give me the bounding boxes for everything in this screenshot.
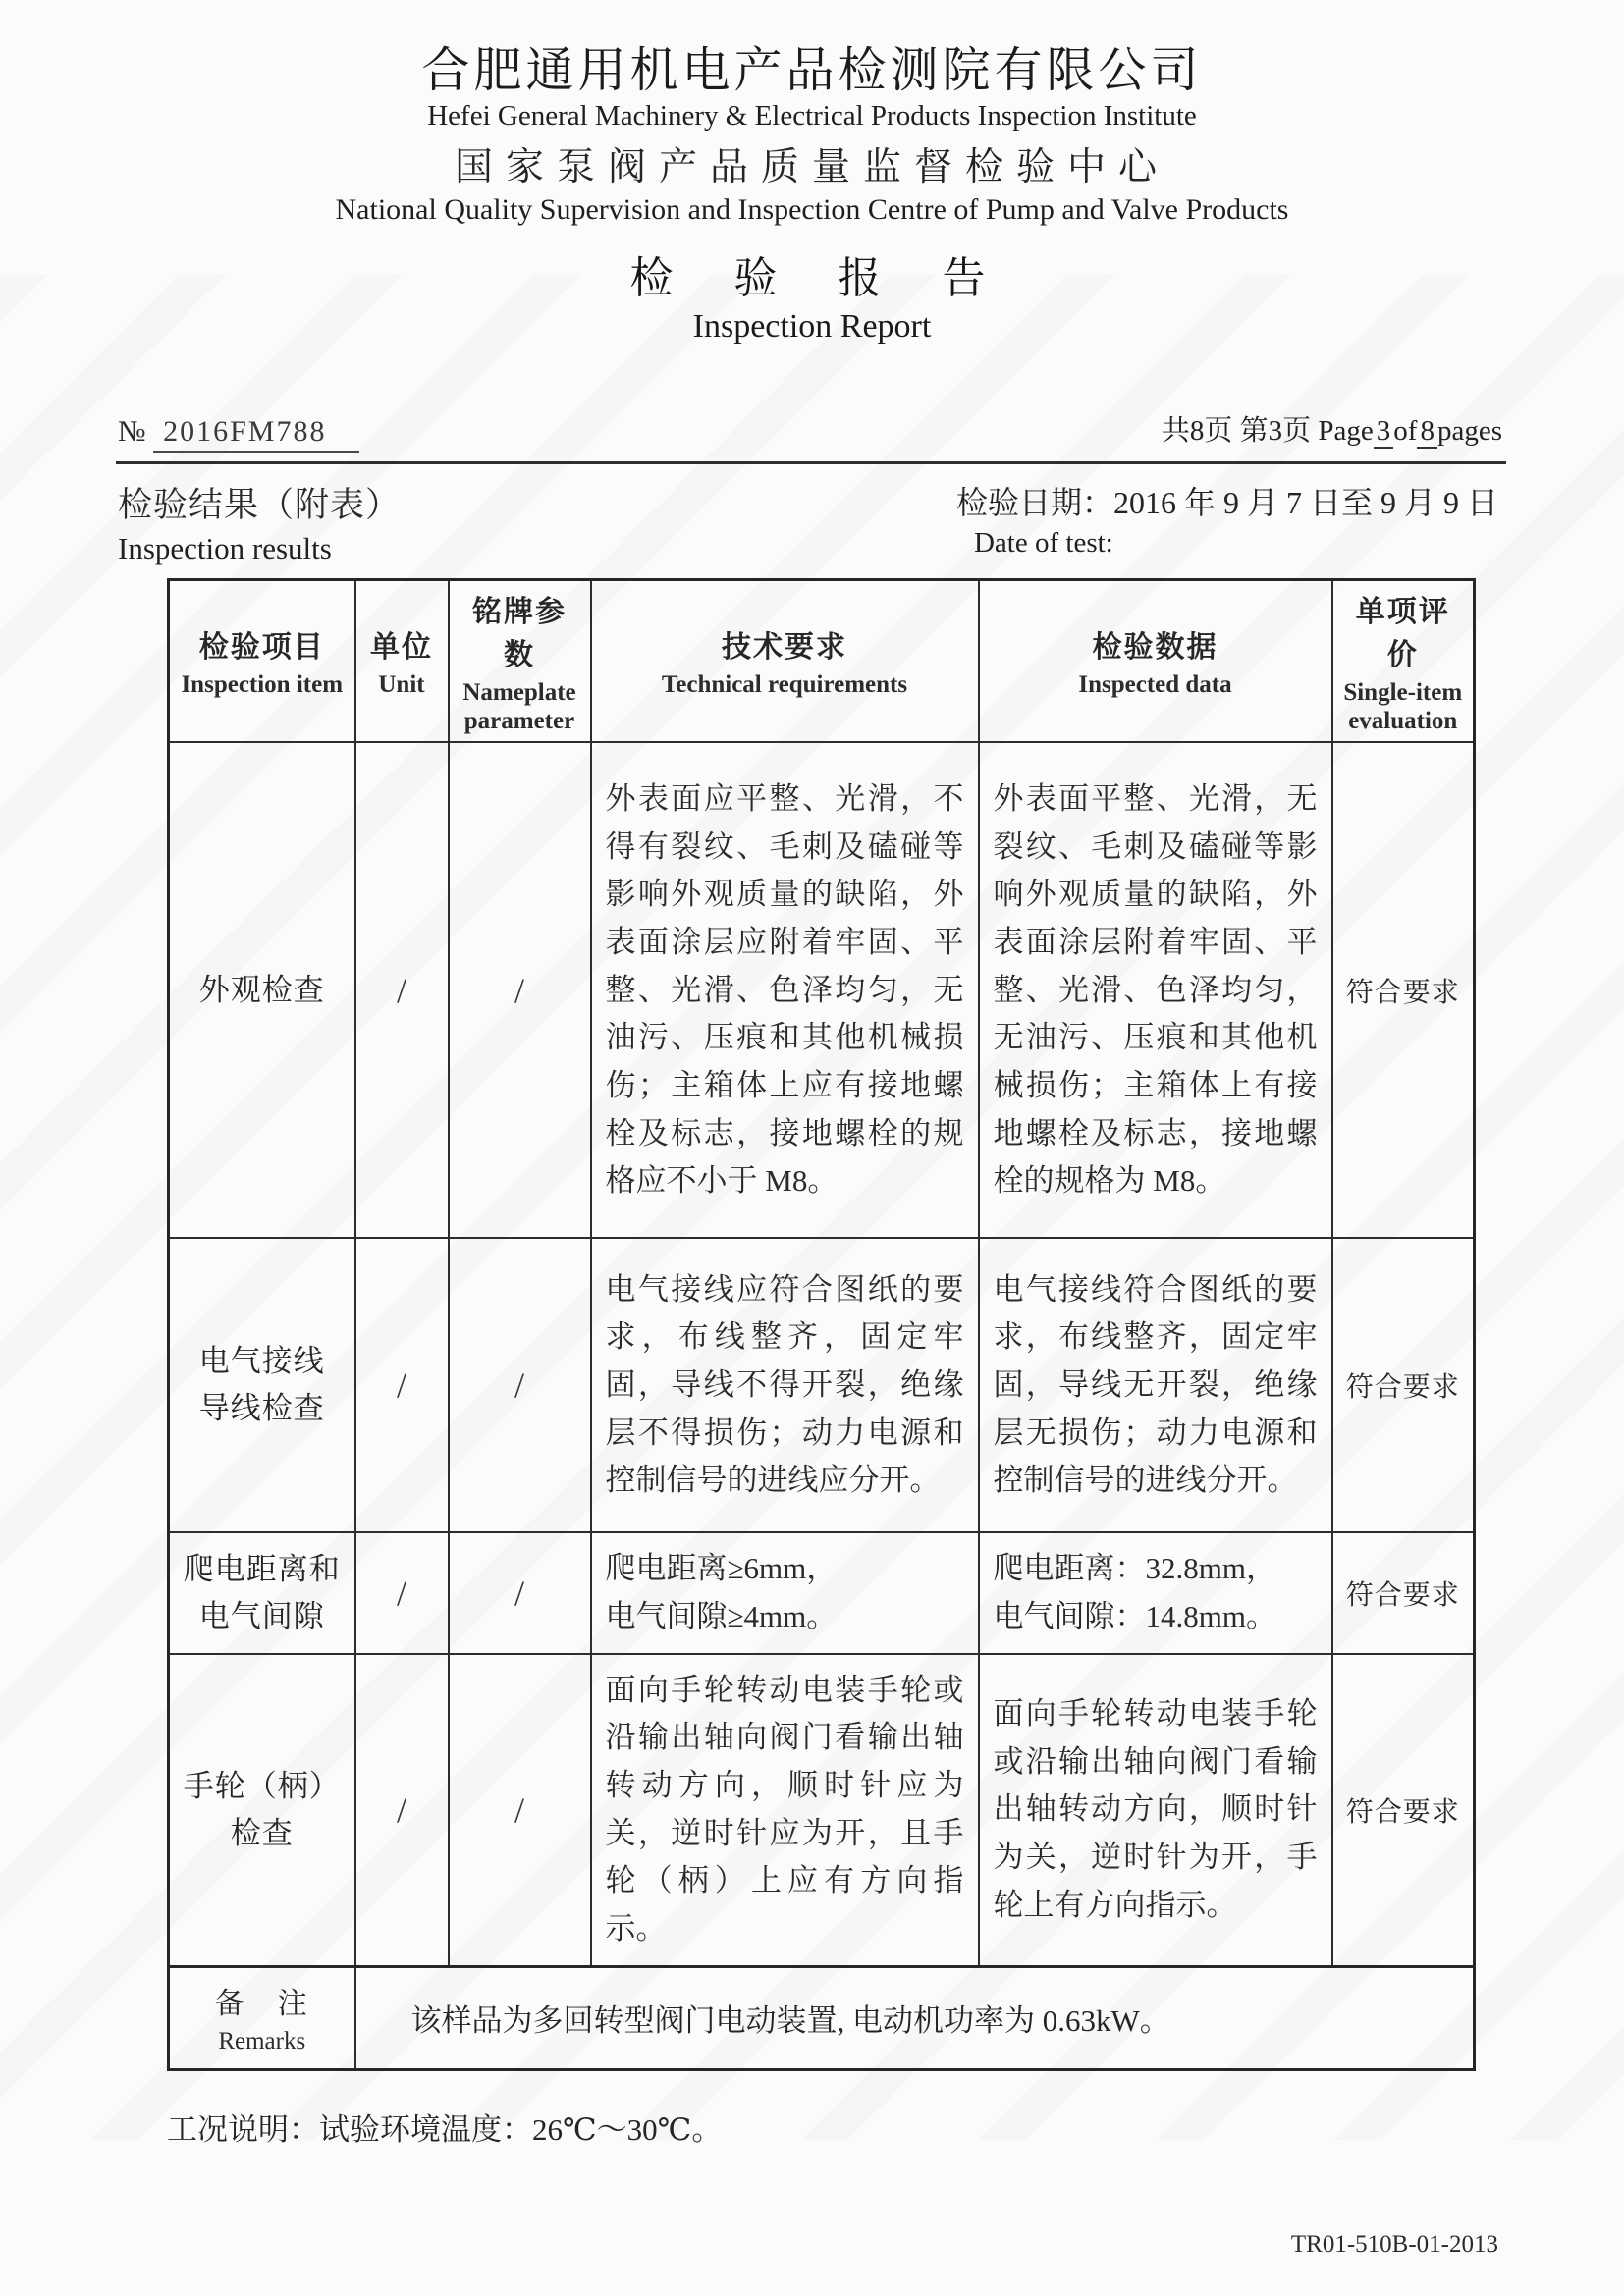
cell-item: 外观检查 bbox=[169, 742, 355, 1238]
cell-evaluation: 符合要求 bbox=[1332, 742, 1475, 1238]
col-header-evaluation: 单项评价Single-item evaluation bbox=[1332, 579, 1475, 742]
cell-unit: / bbox=[355, 1654, 449, 1966]
page-info-cn: 共8页 第3页 bbox=[1162, 415, 1311, 447]
centre-name-en: National Quality Supervision and Inspect… bbox=[0, 191, 1624, 229]
table-row-creepage-clearance: 爬电距离和 电气间隙 / / 爬电距离≥6mm， 电气间隙≥4mm。 爬电距离：… bbox=[169, 1532, 1475, 1653]
cell-item: 电气接线 导线检查 bbox=[169, 1238, 355, 1532]
cell-evaluation: 符合要求 bbox=[1332, 1238, 1475, 1532]
col-header-inspected-data: 检验数据Inspected data bbox=[979, 579, 1332, 742]
results-label-cn: 检验结果（附表） bbox=[118, 478, 401, 527]
col-header-nameplate: 铭牌参数Nameplate parameter bbox=[449, 579, 591, 742]
col-header-inspection-item-en: Inspection item bbox=[180, 671, 345, 700]
report-number: № 2016FM788 bbox=[118, 415, 359, 449]
remarks-content: 该样品为多回转型阀门电动装置, 电动机功率为 0.63kW。 bbox=[355, 1966, 1475, 2069]
col-header-requirements-en: Technical requirements bbox=[602, 671, 968, 700]
cell-inspected-data: 外表面平整、光滑，无裂纹、毛刺及磕碰等影响外观质量的缺陷，外表面涂层附着牢固、平… bbox=[979, 742, 1332, 1238]
page-info-en-total: 8 bbox=[1417, 415, 1437, 449]
page-info-en-prefix: Page bbox=[1318, 415, 1373, 447]
col-header-inspected-data-en: Inspected data bbox=[990, 671, 1322, 700]
results-label-en: Inspection results bbox=[118, 531, 401, 566]
table-header-row: 检验项目Inspection item 单位Unit 铭牌参数Nameplate… bbox=[169, 579, 1475, 742]
remarks-label-cn: 备 注 bbox=[180, 1979, 345, 2022]
form-code: TR01-510B-01-2013 bbox=[0, 2231, 1498, 2259]
horizontal-rule bbox=[116, 461, 1506, 464]
test-date-cn: 检验日期：2016 年 9 月 7 日至 9 月 9 日 bbox=[956, 478, 1498, 523]
cell-nameplate: / bbox=[449, 1238, 591, 1532]
cell-inspected-data: 面向手轮转动电装手轮或沿输出轴向阀门看输出轴转动方向，顺时针为关，逆时针为开，手… bbox=[979, 1654, 1332, 1966]
report-number-value: 2016FM788 bbox=[153, 415, 359, 453]
cell-item: 爬电距离和 电气间隙 bbox=[169, 1532, 355, 1653]
cell-requirements: 面向手轮转动电装手轮或沿输出轴向阀门看输出轴转动方向，顺时针应为关，逆时针应为开… bbox=[591, 1654, 979, 1966]
col-header-requirements-cn: 技术要求 bbox=[602, 622, 968, 666]
cell-nameplate: / bbox=[449, 742, 591, 1238]
results-header-row: 检验结果（附表） Inspection results 检验日期：2016 年 … bbox=[118, 478, 1498, 566]
cell-requirements: 电气接线应符合图纸的要求，布线整齐，固定牢固，导线不得开裂，绝缘层不得损伤；动力… bbox=[591, 1238, 979, 1532]
col-header-evaluation-cn: 单项评价 bbox=[1343, 587, 1464, 673]
test-date-en: Date of test: bbox=[956, 527, 1498, 560]
inspection-results-table: 检验项目Inspection item 单位Unit 铭牌参数Nameplate… bbox=[167, 578, 1476, 2071]
col-header-nameplate-cn: 铭牌参数 bbox=[460, 587, 580, 673]
working-condition-note: 工况说明：试验环境温度：26℃～30℃。 bbox=[167, 2105, 1624, 2149]
page-info-en: Page3of8pages bbox=[1318, 415, 1502, 449]
document-header: 合肥通用机电产品检测院有限公司 Hefei General Machinery … bbox=[0, 0, 1624, 347]
cell-requirements: 爬电距离≥6mm， 电气间隙≥4mm。 bbox=[591, 1532, 979, 1653]
page-info-en-current: 3 bbox=[1374, 415, 1394, 449]
page-info: 共8页 第3页 Page3of8pages bbox=[1162, 408, 1502, 449]
inspection-report-page: 合肥通用机电产品检测院有限公司 Hefei General Machinery … bbox=[0, 0, 1624, 2296]
col-header-requirements: 技术要求Technical requirements bbox=[591, 579, 979, 742]
table-row-handwheel-check: 手轮（柄） 检查 / / 面向手轮转动电装手轮或沿输出轴向阀门看输出轴转动方向，… bbox=[169, 1654, 1475, 1966]
col-header-inspection-item: 检验项目Inspection item bbox=[169, 579, 355, 742]
col-header-inspection-item-cn: 检验项目 bbox=[180, 622, 345, 666]
remarks-label-en: Remarks bbox=[180, 2028, 345, 2056]
cell-unit: / bbox=[355, 1532, 449, 1653]
col-header-evaluation-en: Single-item evaluation bbox=[1343, 679, 1464, 736]
organization-name-cn: 合肥通用机电产品检测院有限公司 bbox=[0, 43, 1624, 98]
centre-name-cn: 国家泵阀产品质量监督检验中心 bbox=[0, 145, 1624, 191]
table-row-wiring-check: 电气接线 导线检查 / / 电气接线应符合图纸的要求，布线整齐，固定牢固，导线不… bbox=[169, 1238, 1475, 1532]
col-header-unit-en: Unit bbox=[366, 671, 438, 700]
col-header-unit-cn: 单位 bbox=[366, 622, 438, 666]
cell-evaluation: 符合要求 bbox=[1332, 1654, 1475, 1966]
cell-nameplate: / bbox=[449, 1654, 591, 1966]
table-row-appearance-check: 外观检查 / / 外表面应平整、光滑，不得有裂纹、毛刺及磕碰等影响外观质量的缺陷… bbox=[169, 742, 1475, 1238]
meta-row: № 2016FM788 共8页 第3页 Page3of8pages bbox=[118, 408, 1502, 449]
col-header-nameplate-en: Nameplate parameter bbox=[460, 679, 580, 736]
cell-nameplate: / bbox=[449, 1532, 591, 1653]
page-info-en-of: of bbox=[1393, 415, 1417, 447]
col-header-inspected-data-cn: 检验数据 bbox=[990, 622, 1322, 666]
results-label-block: 检验结果（附表） Inspection results bbox=[118, 478, 401, 566]
page-info-en-suffix: pages bbox=[1437, 415, 1502, 447]
cell-inspected-data: 电气接线符合图纸的要求，布线整齐，固定牢固，导线无开裂，绝缘层无损伤；动力电源和… bbox=[979, 1238, 1332, 1532]
organization-name-en: Hefei General Machinery & Electrical Pro… bbox=[0, 98, 1624, 135]
cell-unit: / bbox=[355, 742, 449, 1238]
remarks-row: 备 注 Remarks 该样品为多回转型阀门电动装置, 电动机功率为 0.63k… bbox=[169, 1966, 1475, 2069]
report-title-cn: 检 验 报 告 bbox=[0, 253, 1624, 305]
cell-inspected-data: 爬电距离：32.8mm， 电气间隙：14.8mm。 bbox=[979, 1532, 1332, 1653]
remarks-label-cell: 备 注 Remarks bbox=[169, 1966, 355, 2069]
cell-evaluation: 符合要求 bbox=[1332, 1532, 1475, 1653]
report-number-label: № bbox=[118, 415, 146, 448]
report-title-en: Inspection Report bbox=[0, 307, 1624, 347]
col-header-unit: 单位Unit bbox=[355, 579, 449, 742]
cell-item: 手轮（柄） 检查 bbox=[169, 1654, 355, 1966]
cell-requirements: 外表面应平整、光滑，不得有裂纹、毛刺及磕碰等影响外观质量的缺陷，外表面涂层应附着… bbox=[591, 742, 979, 1238]
cell-unit: / bbox=[355, 1238, 449, 1532]
test-date-block: 检验日期：2016 年 9 月 7 日至 9 月 9 日 Date of tes… bbox=[956, 478, 1498, 560]
